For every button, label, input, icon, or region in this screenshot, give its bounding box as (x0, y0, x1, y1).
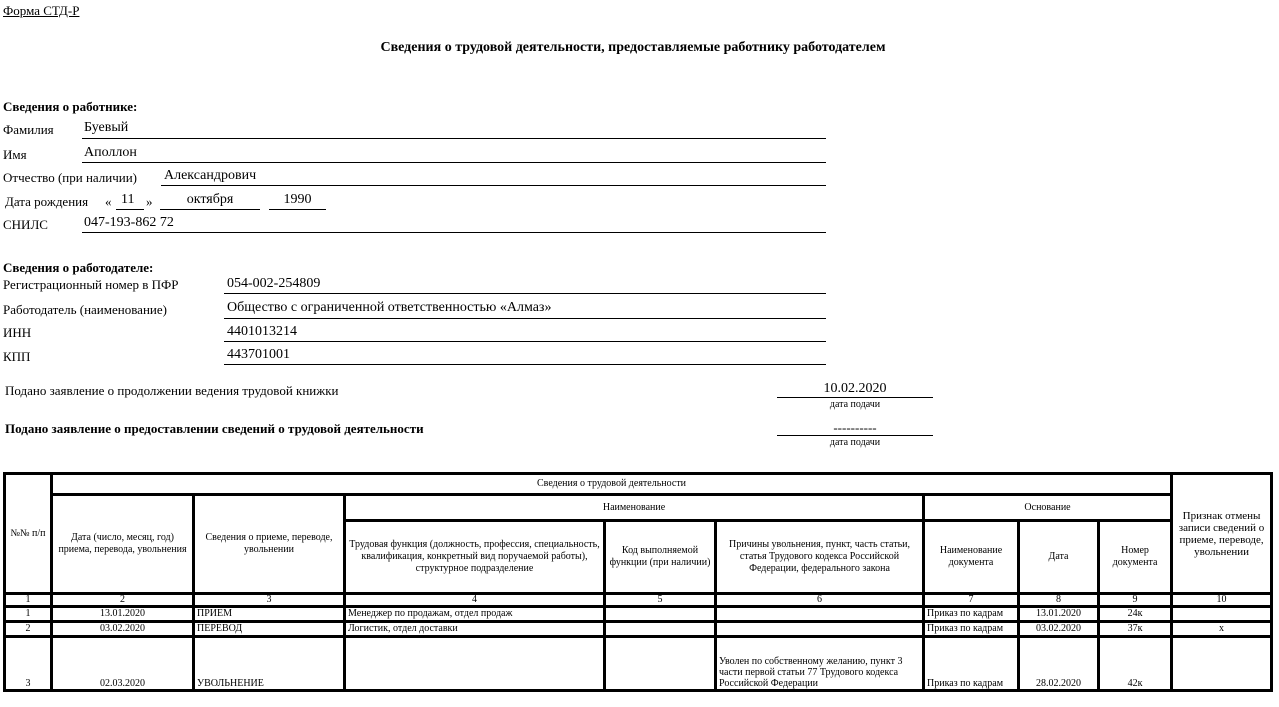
row-date: 02.03.2020 (52, 637, 194, 691)
provide-info-underline (777, 435, 933, 436)
header-cancel: Признак отмены записи сведений о приеме,… (1172, 474, 1272, 594)
row-reason: Уволен по собственному желанию, пункт 3 … (716, 637, 924, 691)
form-name: Форма СТД-Р (3, 3, 79, 19)
col-number: 4 (345, 594, 605, 607)
row-doc-name: Приказ по кадрам (924, 607, 1019, 622)
row-date: 03.02.2020 (52, 622, 194, 637)
name-underline (82, 162, 826, 163)
header-num: №№ п/п (5, 474, 52, 594)
birth-label: Дата рождения (5, 194, 88, 210)
birth-year: 1990 (269, 192, 326, 208)
row-doc-num: 24к (1099, 607, 1172, 622)
header-reason: Причины увольнения, пункт, часть статьи,… (716, 521, 924, 594)
pfr-underline (224, 293, 826, 294)
col-number: 10 (1172, 594, 1272, 607)
row-doc-num: 42к (1099, 637, 1172, 691)
kpp-label: КПП (3, 349, 30, 365)
table-row: 1 13.01.2020 ПРИЕМ Менеджер по продажам,… (5, 607, 1272, 622)
patronymic-value: Александрович (164, 168, 256, 184)
birth-day: 11 (121, 192, 134, 208)
employer-heading: Сведения о работодателе: (3, 260, 153, 276)
header-doc-date: Дата (1019, 521, 1099, 594)
inn-label: ИНН (3, 325, 31, 341)
snils-label: СНИЛС (3, 217, 48, 233)
employee-heading: Сведения о работнике: (3, 99, 137, 115)
row-doc-name: Приказ по кадрам (924, 637, 1019, 691)
name-label: Имя (3, 147, 27, 163)
col-number: 2 (52, 594, 194, 607)
surname-label: Фамилия (3, 122, 54, 138)
header-code: Код выполняемой функции (при наличии) (605, 521, 716, 594)
birth-close-quote: » (146, 194, 153, 210)
continue-book-underline (777, 397, 933, 398)
surname-underline (82, 138, 826, 139)
row-doc-date: 28.02.2020 (1019, 637, 1099, 691)
birth-month-underline (160, 209, 260, 210)
row-date: 13.01.2020 (52, 607, 194, 622)
col-number: 1 (5, 594, 52, 607)
col-number: 9 (1099, 594, 1172, 607)
row-reason (716, 607, 924, 622)
row-num: 2 (5, 622, 52, 637)
continue-book-label: Подано заявление о продолжении ведения т… (5, 383, 339, 399)
header-naming: Наименование (345, 495, 924, 521)
row-cancel (1172, 637, 1272, 691)
row-num: 3 (5, 637, 52, 691)
snils-underline (82, 232, 826, 233)
col-number: 8 (1019, 594, 1099, 607)
table-row: 3 02.03.2020 УВОЛЬНЕНИЕ Уволен по собств… (5, 637, 1272, 691)
pfr-label: Регистрационный номер в ПФР (3, 277, 179, 293)
snils-value: 047-193-862 72 (84, 215, 174, 231)
row-event: ПРИЕМ (194, 607, 345, 622)
birth-month: октября (160, 192, 260, 208)
column-numbers-row: 1 2 3 4 5 6 7 8 9 10 (5, 594, 1272, 607)
inn-value: 4401013214 (227, 324, 297, 340)
inn-underline (224, 341, 826, 342)
row-doc-num: 37к (1099, 622, 1172, 637)
row-event: УВОЛЬНЕНИЕ (194, 637, 345, 691)
labor-activity-table: №№ п/п Сведения о трудовой деятельности … (3, 472, 1273, 692)
row-doc-date: 13.01.2020 (1019, 607, 1099, 622)
employer-name-value: Общество с ограниченной ответственностью… (227, 300, 551, 316)
header-doc-name: Наименование документа (924, 521, 1019, 594)
row-function: Менеджер по продажам, отдел продаж (345, 607, 605, 622)
table-row: 2 03.02.2020 ПЕРЕВОД Логистик, отдел дос… (5, 622, 1272, 637)
employer-name-underline (224, 318, 826, 319)
pfr-value: 054-002-254809 (227, 276, 320, 292)
header-group: Сведения о трудовой деятельности (52, 474, 1172, 495)
col-number: 6 (716, 594, 924, 607)
patronymic-underline (161, 185, 826, 186)
row-event: ПЕРЕВОД (194, 622, 345, 637)
row-doc-name: Приказ по кадрам (924, 622, 1019, 637)
row-code (605, 637, 716, 691)
employer-name-label: Работодатель (наименование) (3, 302, 167, 318)
name-value: Аполлон (84, 145, 137, 161)
provide-info-label: Подано заявление о предоставлении сведен… (5, 421, 424, 437)
provide-info-date: ---------- (777, 420, 933, 436)
col-number: 3 (194, 594, 345, 607)
birth-open-quote: « (105, 194, 112, 210)
surname-value: Буевый (84, 120, 128, 136)
continue-book-date: 10.02.2020 (777, 381, 933, 397)
row-num: 1 (5, 607, 52, 622)
header-info: Сведения о приеме, переводе, увольнении (194, 495, 345, 594)
header-doc-num: Номер документа (1099, 521, 1172, 594)
birth-year-underline (269, 209, 326, 210)
row-reason (716, 622, 924, 637)
col-number: 5 (605, 594, 716, 607)
row-cancel (1172, 607, 1272, 622)
header-basis: Основание (924, 495, 1172, 521)
row-function: Логистик, отдел доставки (345, 622, 605, 637)
row-cancel: x (1172, 622, 1272, 637)
birth-day-underline (116, 209, 144, 210)
provide-info-caption: дата подачи (777, 437, 933, 448)
document-title: Сведения о трудовой деятельности, предос… (0, 40, 1266, 56)
patronymic-label: Отчество (при наличии) (3, 170, 137, 186)
row-doc-date: 03.02.2020 (1019, 622, 1099, 637)
row-code (605, 607, 716, 622)
header-function: Трудовая функция (должность, профессия, … (345, 521, 605, 594)
continue-book-caption: дата подачи (777, 399, 933, 410)
header-date: Дата (число, месяц, год) приема, перевод… (52, 495, 194, 594)
col-number: 7 (924, 594, 1019, 607)
row-function (345, 637, 605, 691)
kpp-value: 443701001 (227, 347, 290, 363)
kpp-underline (224, 364, 826, 365)
row-code (605, 622, 716, 637)
